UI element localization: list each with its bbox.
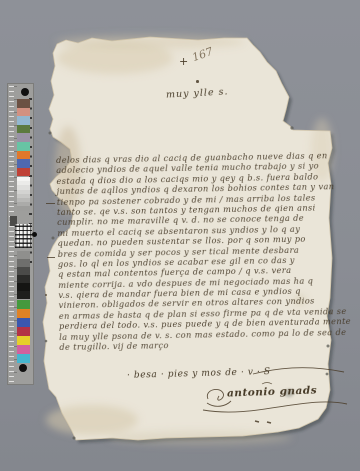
color-patch [17,259,30,267]
color-patch [17,345,30,354]
color-patch [17,354,30,363]
color-patch [17,251,30,259]
grayscale-light-column [17,177,30,211]
color-patch [17,125,30,134]
patch-column-top [17,99,30,176]
margin-dash [46,203,55,204]
color-patch [17,309,30,318]
photo-canvas: + 167 muy ylle s. delos dias q vras dio … [0,0,360,471]
color-patch [17,291,30,299]
color-patch [17,267,30,275]
color-patch [17,108,30,117]
color-patch [17,168,30,177]
color-patch [17,336,30,345]
barcode-dot [32,232,37,237]
barcode-block [15,224,32,248]
color-patch [17,327,30,336]
ink-dot [196,80,199,83]
color-patch [17,206,30,210]
color-patch [17,275,30,283]
folio-cross-mark: + [179,55,188,68]
color-patch [17,99,30,108]
fiducial-dot-top [21,88,29,96]
color-patch [17,300,30,309]
color-patch [17,283,30,291]
margin-dot [45,294,47,296]
color-patch [17,133,30,142]
patch-column-bottom [17,300,30,363]
color-patch [17,159,30,168]
manuscript-body: delos dias q vras dio al caciq de guanba… [56,150,335,352]
margin-dash [47,257,55,258]
color-patch [17,116,30,125]
grayscale-dark-column [17,251,30,299]
color-patch [17,142,30,151]
fiducial-dot-bottom [19,364,27,372]
color-patch [17,318,30,327]
color-calibration-target [7,83,34,385]
color-patch [17,151,30,160]
